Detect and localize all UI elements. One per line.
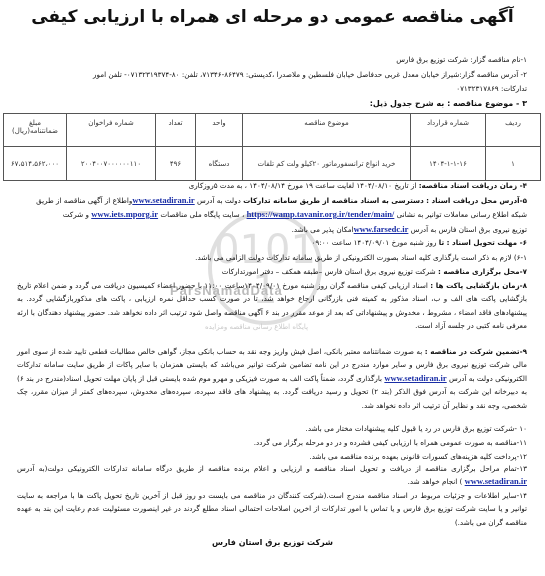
- item-6-1-note: ۶-۱) لازم به ذکر است بارگذاری کلیه اسناد…: [195, 253, 527, 263]
- table-header-row: ردیف شماره قرارداد موضوع مناقصه واحد تعد…: [4, 114, 541, 147]
- item-13-text-b: ) انجام خواهد شد.: [408, 477, 463, 486]
- tavanir-link[interactable]: https://wamp.tavanir.org.ir/tender/main/: [247, 209, 395, 219]
- setadiran-link-3[interactable]: www.setadiran.ir: [465, 476, 527, 486]
- header-unit: واحد: [196, 114, 243, 147]
- item-13-text-a: ۱۳-تمام مراحل برگزاری مناقصه از دریافت و…: [17, 464, 527, 473]
- item-5-line3-a: توزیع نیروی برق استان فارس به آدرس: [411, 225, 527, 234]
- item-7-text: شرکت توزیع نیروی برق استان فارس –طبقه هم…: [222, 267, 436, 276]
- item-5-line-3: توزیع نیروی برق استان فارس به آدرس www.f…: [292, 224, 527, 235]
- item-5-text-a: دسترسی به اسناد مناقصه از طریق سامانه تد…: [243, 196, 424, 205]
- item-5-label: ۵-آدرس محل دریافت اسناد :: [426, 196, 527, 205]
- item-4-doc-receive-time: ۴- زمان دریافت اسناد مناقصه: از تاریخ ۱۴…: [189, 181, 527, 191]
- header-row-number: ردیف: [486, 114, 541, 147]
- item-5-doc-address: ۵-آدرس محل دریافت اسناد : دسترسی به اسنا…: [36, 195, 527, 206]
- cell-subject: خرید انواع ترانسفورماتور ۲۰کیلو ولت کم ت…: [243, 147, 411, 181]
- notice-title: آگهی مناقصه عمومی دو مرحله ای همراه با ا…: [0, 7, 545, 27]
- item-11: ۱۱-مناقصه به صورت عمومی همراه با ارزیابی…: [254, 438, 527, 448]
- header-contract-number: شماره قرارداد: [411, 114, 486, 147]
- item-13: ۱۳-تمام مراحل برگزاری مناقصه از دریافت و…: [17, 462, 527, 489]
- cell-guarantee-amount: ۶۷،۵۱۴،۵۶۲،۰۰۰: [4, 147, 67, 181]
- setadiran-link[interactable]: www.setadiran.ir: [132, 195, 194, 205]
- header-subject: موضوع مناقصه: [243, 114, 411, 147]
- setadiran-link-2[interactable]: www.setadiran.ir: [384, 373, 446, 383]
- item-4-text: از تاریخ ۱۴۰۴/۰۸/۱۰ لغایت ساعت ۱۹ مورخ ۱…: [189, 181, 417, 190]
- item-8-label: ۸-زمان بازگشایی پاکت ها :: [430, 281, 527, 290]
- item-5-text-c: واطلاع از آگهی مناقصه از طریق: [36, 196, 132, 205]
- item-8-opening-time: ۸-زمان بازگشایی پاکت ها : اسناد ارزیابی …: [17, 279, 527, 333]
- farsedc-link[interactable]: www.farsedc.ir: [354, 224, 409, 234]
- item-7-venue: ۷-محل برگزاری مناقصه : شرکت توزیع نیروی …: [222, 267, 527, 277]
- table-row: ۱ ۱۴۰۴-۱-۱-۱۶ خرید انواع ترانسفورماتور ۲…: [4, 147, 541, 181]
- tender-table: ردیف شماره قرارداد موضوع مناقصه واحد تعد…: [3, 113, 541, 181]
- cell-unit: دستگاه: [196, 147, 243, 181]
- item-2-procurement-phone: تدارکات: ۰۷۱۳۲۳۱۷۸۶۹: [456, 84, 527, 94]
- item-6-label: ۶- مهلت تحویل اسناد : تا: [439, 238, 527, 247]
- item-2-address: ۲- آدرس مناقصه گزار:شیراز خیابان معدل غر…: [93, 70, 527, 80]
- item-7-label: ۷-محل برگزاری مناقصه :: [438, 267, 527, 276]
- header-guarantee-amount: مبلغ ضمانتنامه(ریال): [4, 114, 67, 147]
- item-14: ۱۴-سایر اطلاعات و جزئیات مربوط در اسناد …: [17, 489, 527, 529]
- item-9-label: ۹-تضمین شرکت در مناقصه :: [425, 347, 527, 356]
- item-12: ۱۲-پرداخت کلیه هزینه‌های کسورات قانونی ب…: [309, 452, 527, 462]
- item-5-line3-b: امکان پذیر می باشد.: [292, 225, 354, 234]
- item-5-line2-b: ، سایت پایگاه ملی مناقصات: [160, 210, 244, 219]
- item-6-deadline: ۶- مهلت تحویل اسناد : تا روز شنبه مورخ ۱…: [312, 238, 527, 248]
- item-4-label: ۴- زمان دریافت اسناد مناقصه:: [419, 181, 527, 190]
- item-3-subject: ۳ - موضوع مناقصه : به شرح جدول ذیل:: [370, 99, 527, 109]
- cell-call-number: ۲۰۰۴۰۰۷۰۰۰۰۰۰۱۱۰: [67, 147, 156, 181]
- item-10: ۱۰ -شرکت توزیع برق فارس در رد یا قبول کل…: [306, 424, 527, 434]
- item-6-text: روز شنبه مورخ ۱۴۰۴/۰۹/۰۱ ساعت ۰۹:۰۰: [312, 238, 437, 247]
- cell-quantity: ۴۹۶: [156, 147, 196, 181]
- cell-contract-number: ۱۴۰۴-۱-۱-۱۶: [411, 147, 486, 181]
- item-5-text-b: دولت به آدرس: [197, 196, 241, 205]
- item-5-line2-a: شبکه اطلاع رسانی معاملات توانیر به نشانی: [397, 210, 527, 219]
- header-call-number: شماره فراخوان: [67, 114, 156, 147]
- tender-notice-page: آگهی مناقصه عمومی دو مرحله ای همراه با ا…: [0, 0, 545, 576]
- footer-company-name: شرکت توزیع برق استان فارس: [0, 538, 545, 547]
- item-5-line-2: شبکه اطلاع رسانی معاملات توانیر به نشانی…: [63, 209, 527, 220]
- item-1-tenderer-name: ۱-نام مناقصه گزار: شرکت توزیع برق فارس: [396, 55, 527, 65]
- header-quantity: تعداد: [156, 114, 196, 147]
- item-5-line2-c: و شرکت: [63, 210, 89, 219]
- item-9-guarantee: ۹-تضمین شرکت در مناقصه : به صورت ضمانتنا…: [17, 345, 527, 412]
- cell-row-number: ۱: [486, 147, 541, 181]
- iets-link[interactable]: www.iets.mporg.ir: [91, 209, 158, 219]
